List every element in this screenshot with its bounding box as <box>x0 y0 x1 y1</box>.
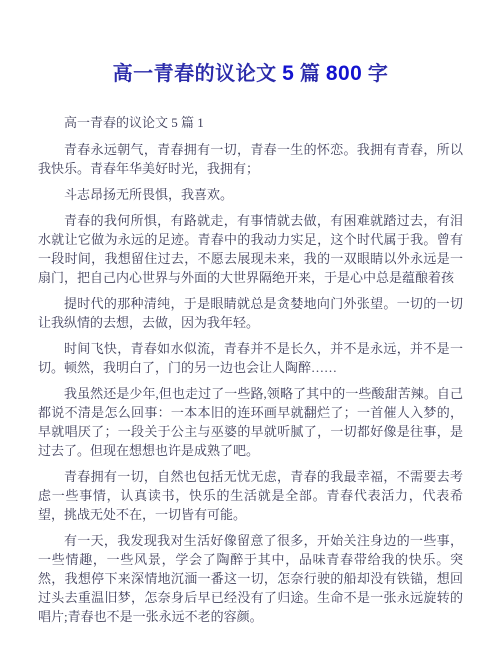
paragraph: 我虽然还是少年,但也走过了一些路,领略了其中的一些酸甜苦辣。自己都说不清是怎么回… <box>38 384 463 460</box>
document-page: 高一青春的议论文 5 篇 800 字 高一青春的议论文 5 篇 1 青春永远朝气… <box>0 60 500 626</box>
paragraph: 有一天，我发现我对生活好像留意了很多，开始关注身边的一些事，一些情趣，一些风景，… <box>38 531 463 626</box>
document-title: 高一青春的议论文 5 篇 800 字 <box>38 60 463 88</box>
title-text-1: 高一青春的议论文 <box>113 63 283 85</box>
paragraph: 斗志昂扬无所畏惧，我喜欢。 <box>38 185 463 204</box>
document-body: 高一青春的议论文 5 篇 1 青春永远朝气，青春拥有一切，青春一生的怀恋。我拥有… <box>38 113 463 626</box>
paragraph: 提时代的那种清纯，于是眼睛就总是贪婪地向门外张望。一切的一切让我纵情的去想，去做… <box>38 294 463 332</box>
paragraph: 青春永远朝气，青春拥有一切，青春一生的怀恋。我拥有青春，所以我快乐。青春年华美好… <box>38 140 463 178</box>
section-subtitle: 高一青春的议论文 5 篇 1 <box>38 113 463 132</box>
title-text-3: 字 <box>362 63 388 85</box>
paragraph: 青春的我何所惧，有路就走，有事情就去做，有困难就踏过去，有泪水就让它做为永远的足… <box>38 211 463 287</box>
title-number-count: 5 <box>282 62 294 85</box>
paragraph: 青春拥有一切，自然也包括无忧无虑，青春的我最幸福，不需要去考虑一些事情，认真读书… <box>38 467 463 524</box>
title-text-2: 篇 <box>294 63 326 85</box>
paragraph: 时间飞快，青春如水似流，青春并不是长久，并不是永远，并不是一切。顿然，我明白了，… <box>38 339 463 377</box>
title-number-words: 800 <box>326 62 363 85</box>
